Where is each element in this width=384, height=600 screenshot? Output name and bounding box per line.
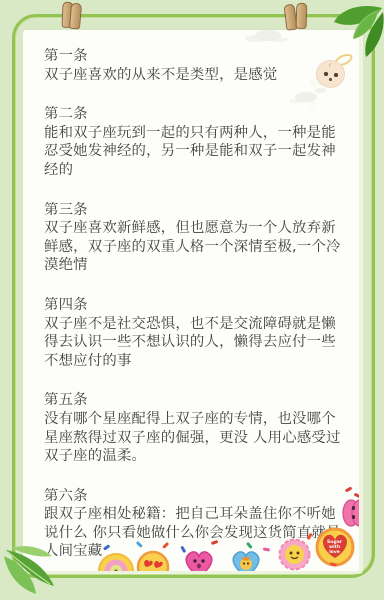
note-card: ♡ ♡ 第一条 双子座喜欢的从来不是类型，是感觉 第二条 能和双子座玩到一起的只… [23, 30, 359, 571]
rule-section: 第五条 没有哪个星座配得上双子座的专情，也没哪个星座熬得过双子座的倔强，更没 人… [44, 391, 348, 465]
leaf-cluster-icon [0, 536, 62, 600]
note-text: 第一条 双子座喜欢的从来不是类型，是感觉 第二条 能和双子座玩到一起的只有两种人… [44, 47, 348, 561]
section-body: 双子座喜欢的从来不是类型，是感觉 [44, 66, 348, 85]
blue-heart-sticker-icon [228, 549, 264, 571]
leaf-cluster-icon [320, 2, 384, 64]
candy-sticker-icon [136, 550, 170, 571]
wooden-clip-icon [62, 2, 85, 31]
cloud-icon [255, 30, 281, 41]
target-flower-sticker-icon [97, 552, 135, 571]
rule-section: 第三条 双子座喜欢新鲜感，但也愿意为一个人放弃新鲜感，双子座的双重人格一个深情至… [44, 201, 348, 275]
rule-section: 第四条 双子座不是社交恐惧，也不是交流障碍就是懒得去认识一些不想认识的人，懒得去… [44, 296, 348, 370]
rule-section: 第二条 能和双子座玩到一起的只有两种人，一种是能忍受她发神经的，另一种是能和双子… [44, 105, 348, 179]
section-title: 第三条 [44, 201, 348, 220]
pink-blob-sticker-icon [342, 496, 359, 534]
sugar-sticker-label: Sugar with love [324, 540, 345, 555]
section-title: 第二条 [44, 105, 348, 124]
section-body: 没有哪个星座配得上双子座的专情，也没哪个星座熬得过双子座的倔强，更没 人用心感受… [44, 410, 348, 466]
section-title: 第一条 [44, 47, 348, 66]
section-title: 第六条 [44, 487, 348, 506]
pink-heart-sticker-icon [182, 549, 216, 571]
section-body: 能和双子座玩到一起的只有两种人，一种是能忍受她发神经的，另一种是能和双子一起发神… [44, 124, 348, 180]
poster-background: ♡ ♡ 第一条 双子座喜欢的从来不是类型，是感觉 第二条 能和双子座玩到一起的只… [0, 0, 384, 600]
section-body: 双子座不是社交恐惧，也不是交流障碍就是懒得去认识一些不想认识的人，懒得去应付一些… [44, 315, 348, 371]
smiley-flower-sticker-icon [278, 538, 311, 571]
wooden-clip-icon [285, 3, 308, 32]
section-title: 第五条 [44, 391, 348, 410]
rule-section: 第一条 双子座喜欢的从来不是类型，是感觉 [44, 47, 348, 84]
section-title: 第四条 [44, 296, 348, 315]
section-body: 双子座喜欢新鲜感，但也愿意为一个人放弃新鲜感，双子座的双重人格一个深情至极,一个… [44, 219, 348, 275]
